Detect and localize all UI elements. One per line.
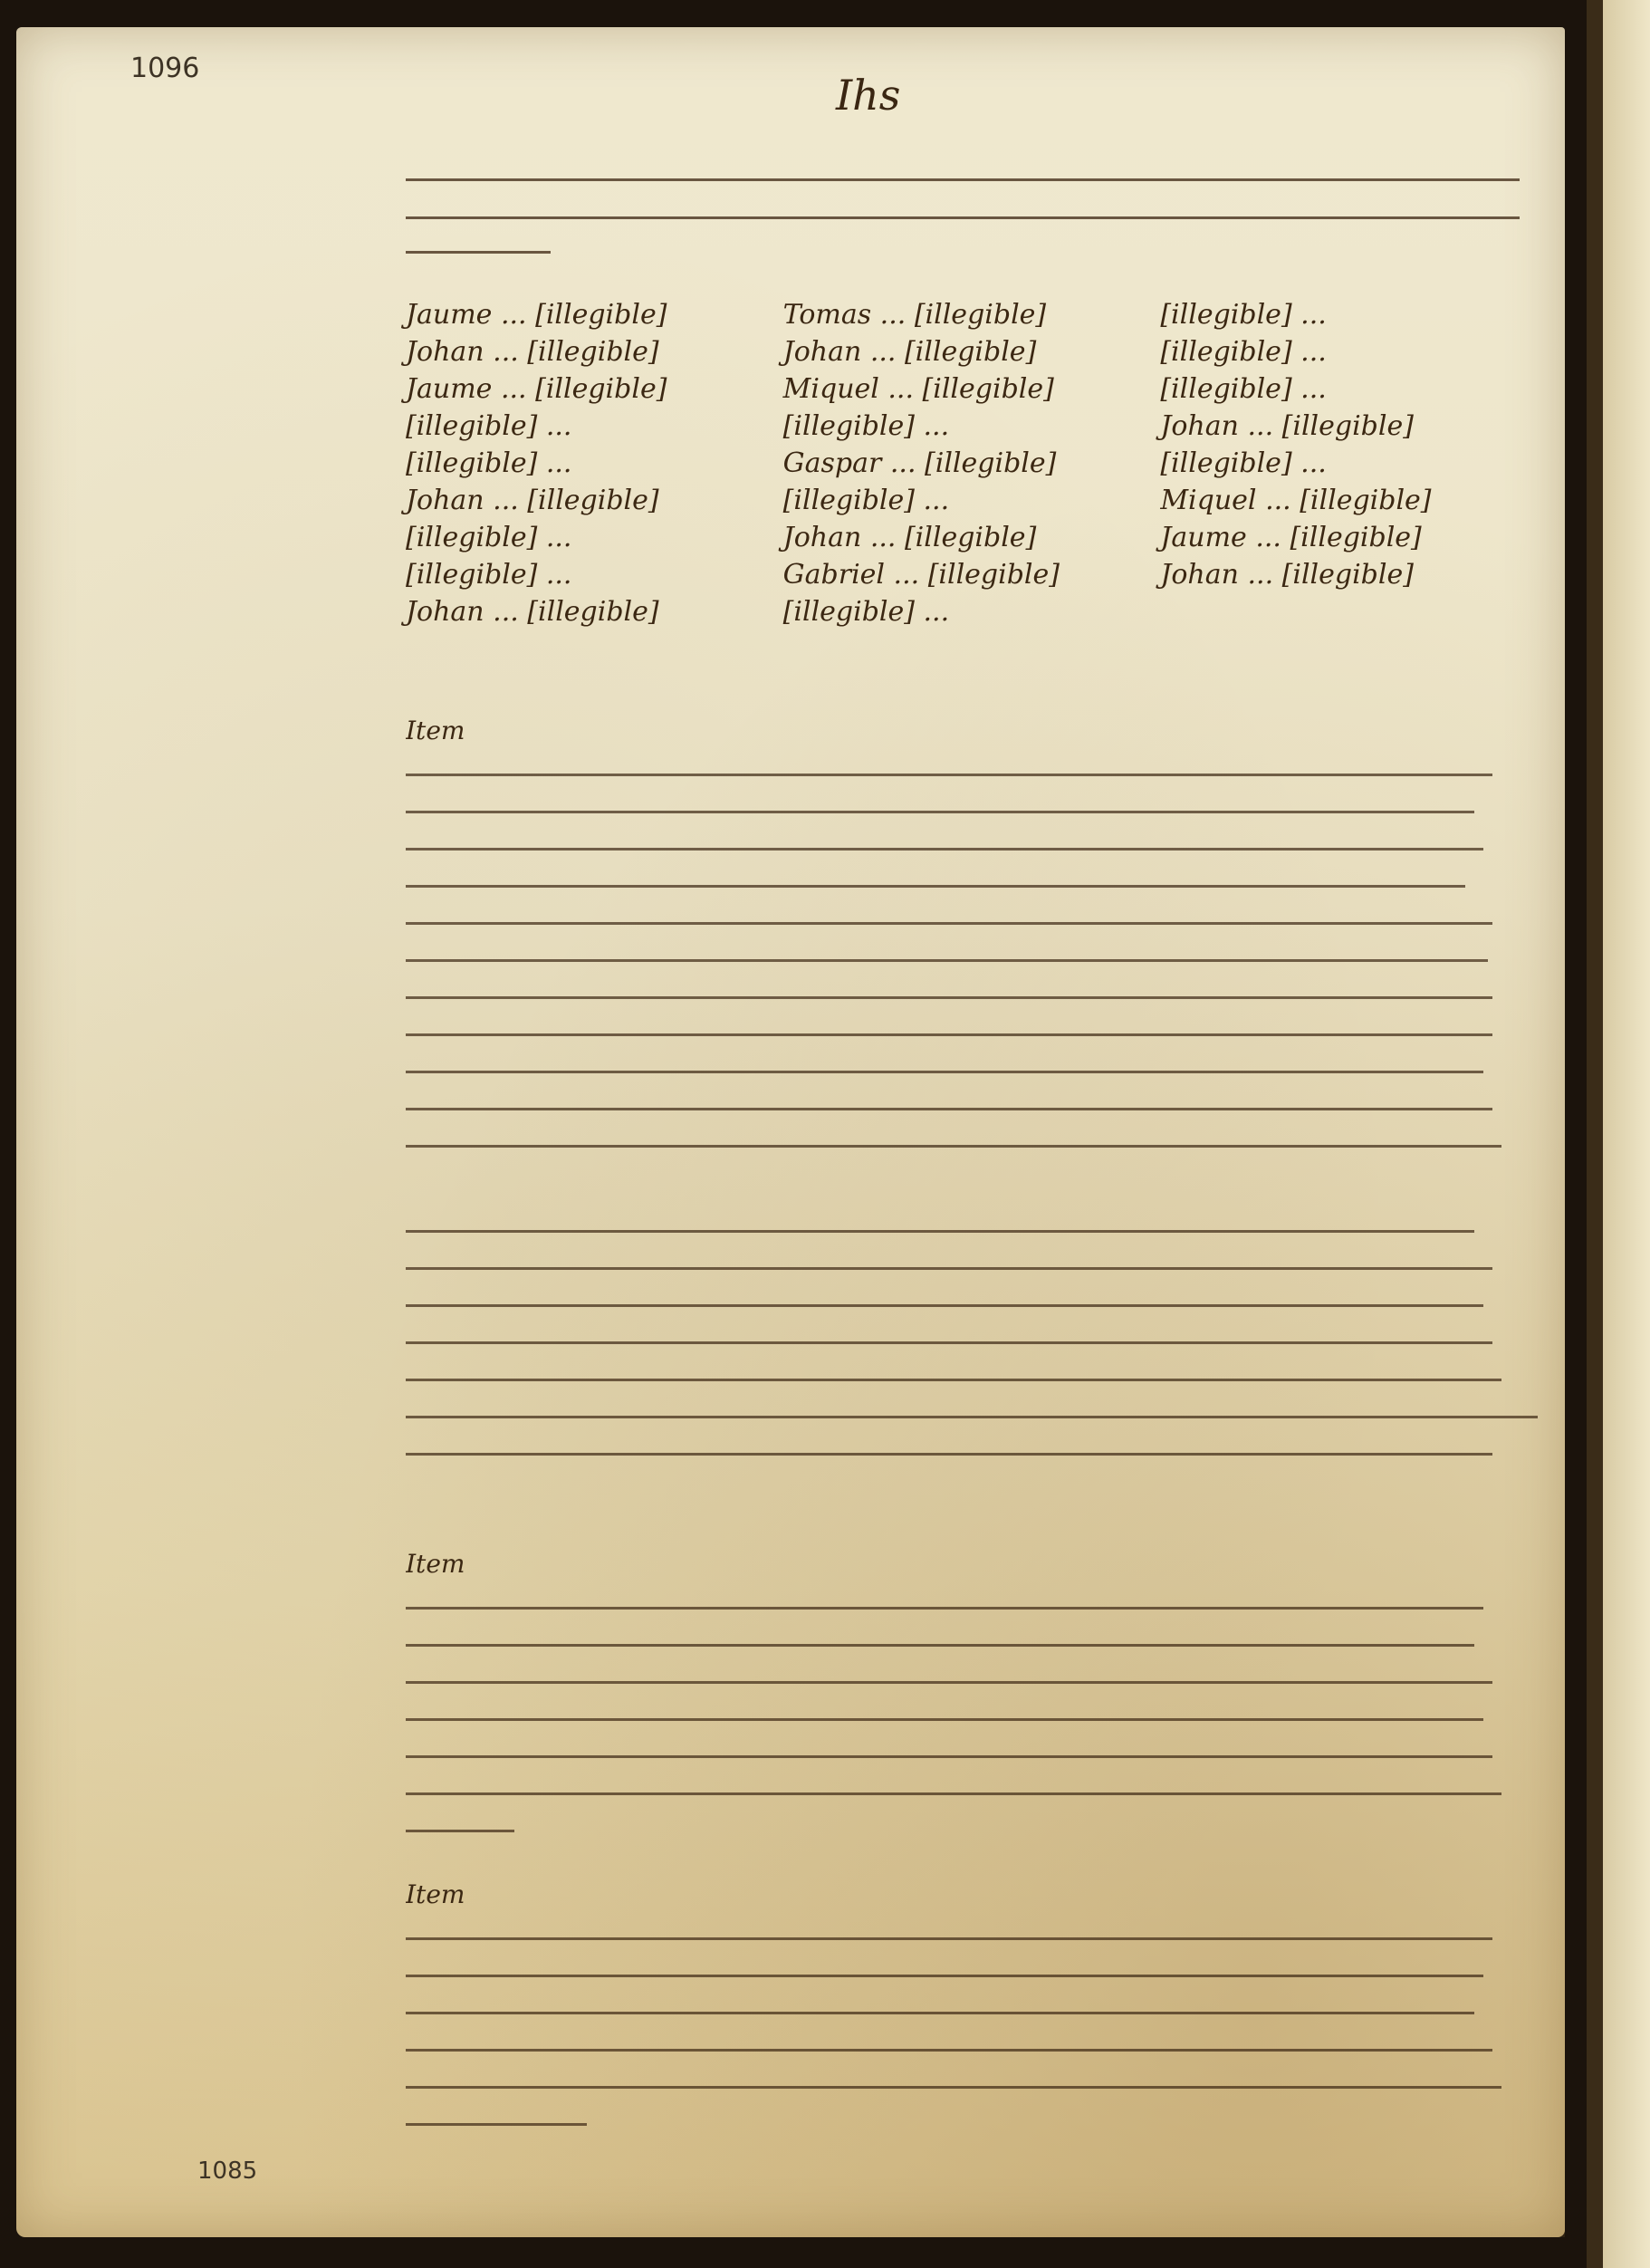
attendee-name: [illegible] ... (783, 485, 1161, 522)
paragraph-fragment: Item (406, 1879, 1538, 1917)
attendee-name: [illegible] ... (783, 596, 1161, 633)
attendee-name: [illegible] ... (1160, 447, 1538, 485)
paragraph-2 (406, 1209, 1538, 1469)
facing-page-edge (1603, 0, 1650, 2268)
attendee-column-2: Tomas ... [illegible] Johan ... [illegib… (783, 299, 1161, 633)
attendee-list: Jaume ... [illegible] Johan ... [illegib… (406, 299, 1538, 633)
attendee-name: Johan ... [illegible] (783, 522, 1161, 559)
attendee-name: Tomas ... [illegible] (783, 299, 1161, 336)
attendee-name: Miquel ... [illegible] (1160, 485, 1538, 522)
attendee-name: Gaspar ... [illegible] (783, 447, 1161, 485)
attendee-name: [illegible] ... (1160, 373, 1538, 410)
opening-line-3 (406, 234, 551, 270)
attendee-name: Jaume ... [illegible] (1160, 522, 1538, 559)
paragraph-3: Item (406, 1549, 1538, 1846)
opening-line-1 (406, 161, 1520, 197)
attendee-name: Johan ... [illegible] (1160, 559, 1538, 596)
attendee-name: Miquel ... [illegible] (783, 373, 1161, 410)
attendee-name: [illegible] ... (406, 559, 783, 596)
attendee-name: Johan ... [illegible] (783, 336, 1161, 373)
attendee-name: [illegible] ... (406, 410, 783, 447)
attendee-name: [illegible] ... (406, 522, 783, 559)
attendee-name: Johan ... [illegible] (1160, 410, 1538, 447)
paragraph-fragment: Item (406, 1549, 1538, 1586)
attendee-name: Johan ... [illegible] (406, 336, 783, 373)
book-binding-gutter (1587, 0, 1603, 2268)
heading-mark: Ihs (836, 71, 900, 120)
paragraph-fragment: Item (406, 716, 1538, 753)
attendee-name: Jaume ... [illegible] (406, 373, 783, 410)
attendee-name: Johan ... [illegible] (406, 596, 783, 633)
paragraph-1: Item (406, 716, 1538, 1161)
attendee-column-3: [illegible] ... [illegible] ... [illegib… (1160, 299, 1538, 633)
attendee-name: [illegible] ... (1160, 336, 1538, 373)
attendee-name: Gabriel ... [illegible] (783, 559, 1161, 596)
attendee-name: [illegible] ... (406, 447, 783, 485)
attendee-name: [illegible] ... (783, 410, 1161, 447)
attendee-name: Jaume ... [illegible] (406, 299, 783, 336)
attendee-column-1: Jaume ... [illegible] Johan ... [illegib… (406, 299, 783, 633)
attendee-name: Johan ... [illegible] (406, 485, 783, 522)
folio-number-top: 1096 (130, 53, 199, 84)
paragraph-4: Item (406, 1879, 1538, 2139)
opening-line-2 (406, 199, 1520, 235)
attendee-name: [illegible] ... (1160, 299, 1538, 336)
manuscript-sheet: 1096 Ihs Jaume ... [illegible] Johan ...… (16, 27, 1565, 2237)
folio-number-bottom: 1085 (197, 2157, 257, 2185)
